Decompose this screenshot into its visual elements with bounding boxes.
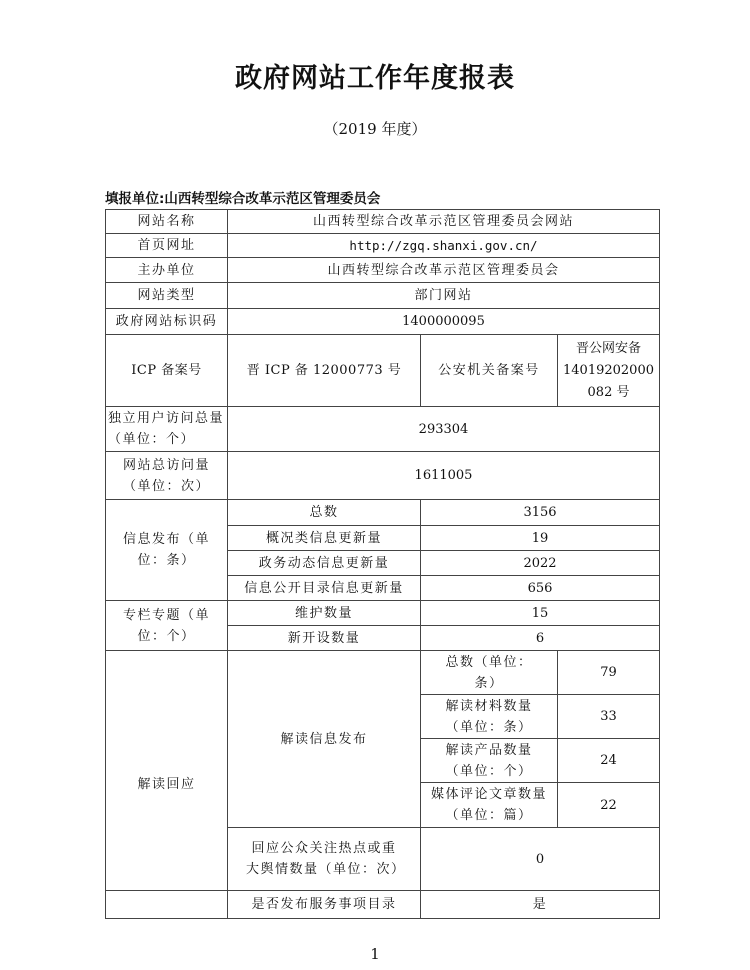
page-number: 1 [0,945,750,963]
label-service-catalog: 是否发布服务事项目录 [227,890,421,919]
value-interp-total: 79 [557,650,660,695]
label-interp-total: 总数（单位：条） [420,650,558,695]
value-columns-maintained: 15 [420,600,660,626]
value-disclosure-updates: 656 [420,575,660,601]
label-overview-updates: 概况类信息更新量 [227,525,421,551]
value-interp-materials: 33 [557,694,660,739]
label-news-updates: 政务动态信息更新量 [227,550,421,576]
value-news-updates: 2022 [420,550,660,576]
value-website-name: 山西转型综合改革示范区管理委员会网站 [227,209,660,234]
value-total-visits: 1611005 [227,451,660,500]
label-homepage-url: 首页网址 [105,233,228,258]
report-year: （2019 年度） [0,118,750,139]
value-media-articles: 22 [557,782,660,828]
label-interp-materials: 解读材料数量（单位：条） [420,694,558,739]
label-columns-new: 新开设数量 [227,625,421,651]
value-overview-updates: 19 [420,525,660,551]
label-unique-visitors: 独立用户访问总量（单位：个） [105,406,228,452]
label-site-type: 网站类型 [105,282,228,309]
label-special-columns: 专栏专题（单位：个） [105,600,228,651]
label-interpretation-release: 解读信息发布 [227,650,421,828]
label-info-release: 信息发布（单位：条） [105,499,228,601]
label-media-articles: 媒体评论文章数量（单位：篇） [420,782,558,828]
label-total-visits: 网站总访问量（单位：次） [105,451,228,500]
filler-unit: 填报单位:山西转型综合改革示范区管理委员会 [105,187,380,207]
label-disclosure-updates: 信息公开目录信息更新量 [227,575,421,601]
label-site-id-code: 政府网站标识码 [105,308,228,335]
label-info-total: 总数 [227,499,421,526]
value-unique-visitors: 293304 [227,406,660,452]
value-columns-new: 6 [420,625,660,651]
blank-cell [105,890,228,919]
label-police-record: 公安机关备案号 [420,334,558,407]
label-sponsor: 主办单位 [105,257,228,283]
label-columns-maintained: 维护数量 [227,600,421,626]
value-sponsor: 山西转型综合改革示范区管理委员会 [227,257,660,283]
value-site-type: 部门网站 [227,282,660,309]
label-interpretation: 解读回应 [105,650,228,919]
label-website-name: 网站名称 [105,209,228,234]
value-service-catalog: 是 [420,890,660,919]
label-public-concern: 回应公众关注热点或重大舆情数量（单位：次） [227,827,421,891]
value-public-concern: 0 [420,827,660,891]
value-info-total: 3156 [420,499,660,526]
value-icp: 晋 ICP 备 12000773 号 [227,334,421,407]
value-police-record: 晋公网安备 14019202000 082 号 [557,334,660,407]
page-title: 政府网站工作年度报表 [0,56,750,95]
value-interp-products: 24 [557,738,660,783]
label-icp: ICP 备案号 [105,334,228,407]
value-homepage-url: http://zgq.shanxi.gov.cn/ [227,233,660,258]
value-site-id-code: 1400000095 [227,308,660,335]
label-interp-products: 解读产品数量（单位：个） [420,738,558,783]
